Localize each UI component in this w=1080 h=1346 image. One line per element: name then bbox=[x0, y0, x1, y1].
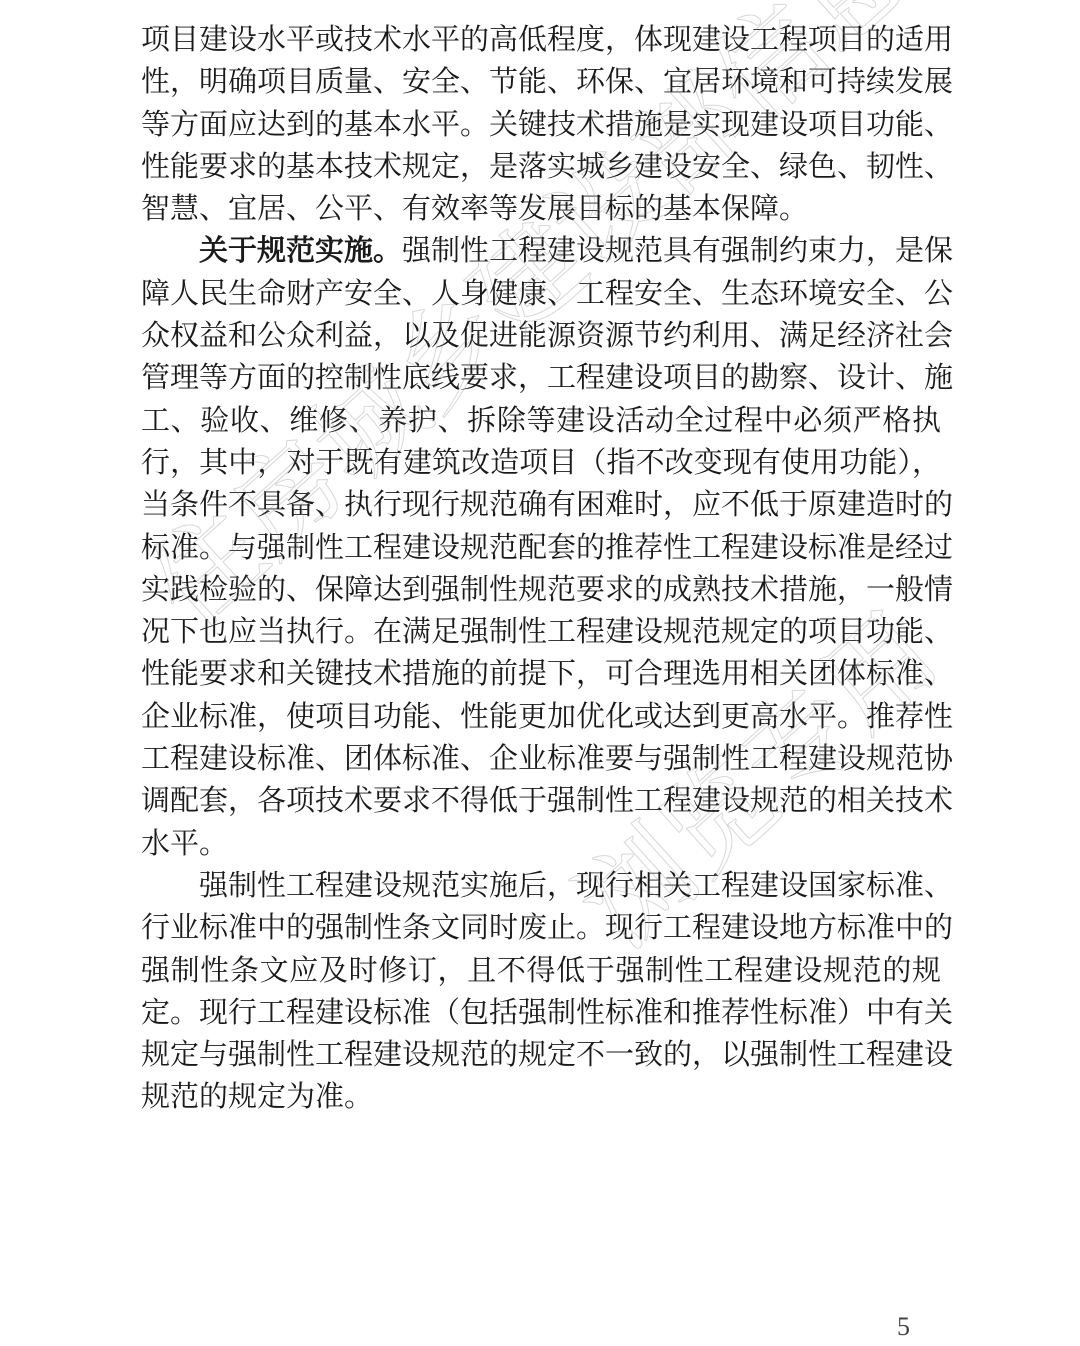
page-number: 5 bbox=[897, 1312, 910, 1342]
text-line: 调配套，各项技术要求不得低于强制性工程建设规范的相关技术 bbox=[141, 779, 941, 821]
section-heading-inline: 关于规范实施。 bbox=[199, 233, 402, 267]
text-line: 实践检验的、保障达到强制性规范要求的成熟技术措施，一般情 bbox=[141, 568, 941, 610]
text-line: 企业标准，使项目功能、性能更加优化或达到更高水平。推荐性 bbox=[141, 695, 941, 737]
paragraph-1: 项目建设水平或技术水平的高低程度，体现建设工程项目的适用 性，明确项目质量、安全… bbox=[141, 18, 941, 229]
text-line: 行业标准中的强制性条文同时废止。现行工程建设地方标准中的 bbox=[141, 906, 941, 948]
document-page: 项目建设水平或技术水平的高低程度，体现建设工程项目的适用 性，明确项目质量、安全… bbox=[0, 0, 1080, 1346]
text-line: 行，其中，对于既有建筑改造项目（指不改变现有使用功能）， bbox=[141, 441, 941, 483]
text-run: 强制性工程建设规范具有强制约束力，是保 bbox=[402, 233, 953, 267]
text-line: 强制性工程建设规范实施后，现行相关工程建设国家标准、 bbox=[141, 864, 941, 906]
text-line: 项目建设水平或技术水平的高低程度，体现建设工程项目的适用 bbox=[141, 18, 941, 60]
text-line: 关于规范实施。强制性工程建设规范具有强制约束力，是保 bbox=[141, 229, 941, 271]
text-line: 当条件不具备、执行现行规范确有困难时，应不低于原建造时的 bbox=[141, 483, 941, 525]
text-line: 规定与强制性工程建设规范的规定不一致的，以强制性工程建设 bbox=[141, 1033, 941, 1075]
text-line: 管理等方面的控制性底线要求，工程建设项目的勘察、设计、施 bbox=[141, 356, 941, 398]
text-line: 性能要求的基本技术规定，是落实城乡建设安全、绿色、韧性、 bbox=[141, 145, 941, 187]
document-body: 项目建设水平或技术水平的高低程度，体现建设工程项目的适用 性，明确项目质量、安全… bbox=[141, 18, 941, 1118]
text-line: 水平。 bbox=[141, 822, 941, 864]
text-line: 定。现行工程建设标准（包括强制性标准和推荐性标准）中有关 bbox=[141, 991, 941, 1033]
text-line: 性，明确项目质量、安全、节能、环保、宜居环境和可持续发展 bbox=[141, 60, 941, 102]
text-line: 性能要求和关键技术措施的前提下，可合理选用相关团体标准、 bbox=[141, 652, 941, 694]
text-line: 工程建设标准、团体标准、企业标准要与强制性工程建设规范协 bbox=[141, 737, 941, 779]
text-line: 等方面应达到的基本水平。关键技术措施是实现建设项目功能、 bbox=[141, 103, 941, 145]
text-line: 强制性条文应及时修订，且不得低于强制性工程建设规范的规 bbox=[141, 949, 941, 991]
paragraph-2: 关于规范实施。强制性工程建设规范具有强制约束力，是保 障人民生命财产安全、人身健… bbox=[141, 229, 941, 863]
text-line: 况下也应当执行。在满足强制性工程建设规范规定的项目功能、 bbox=[141, 610, 941, 652]
text-line: 障人民生命财产安全、人身健康、工程安全、生态环境安全、公 bbox=[141, 272, 941, 314]
paragraph-3: 强制性工程建设规范实施后，现行相关工程建设国家标准、 行业标准中的强制性条文同时… bbox=[141, 864, 941, 1118]
text-line: 工、验收、维修、养护、拆除等建设活动全过程中必须严格执 bbox=[141, 399, 941, 441]
text-line: 规范的规定为准。 bbox=[141, 1075, 941, 1117]
text-line: 众权益和公众利益，以及促进能源资源节约利用、满足经济社会 bbox=[141, 314, 941, 356]
text-line: 标准。与强制性工程建设规范配套的推荐性工程建设标准是经过 bbox=[141, 526, 941, 568]
text-line: 智慧、宜居、公平、有效率等发展目标的基本保障。 bbox=[141, 187, 941, 229]
